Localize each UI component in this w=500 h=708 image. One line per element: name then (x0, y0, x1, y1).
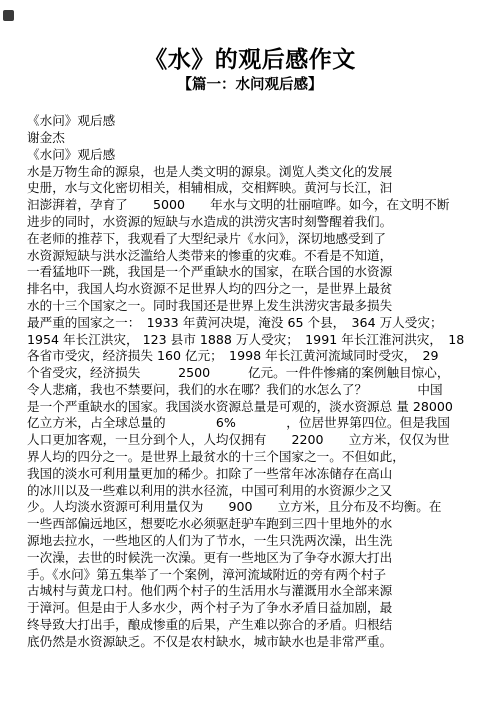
text-line: 源地去拉水，一些地区的人们为了节水，一生只洗两次澡，出生洗 (27, 533, 500, 550)
text-line: 排名中，我国人均水资源不足世界人均的四分之一，是世界上最贫 (27, 281, 500, 298)
text-line: 个省受灾，经济损失 2500 亿元。一件件惨痛的案例触目惊心， (27, 365, 500, 382)
text-line: 《水问》观后感 (27, 147, 500, 164)
text-line: 进步的同时，水资源的短缺与水造成的洪涝灾害时刻警醒着我们。 (27, 214, 500, 231)
text-line: 一些西部偏远地区，想要吃水必须驱赶驴车跑到三四十里地外的水 (27, 516, 500, 533)
text-line: 是一个严重缺水的国家。我国淡水资源总量是可观的，淡水资源总 量 28000 (27, 399, 500, 416)
text-line: 底仍然是水资源缺乏。不仅是农村缺水，城市缺水也是非常严重。 (27, 634, 500, 651)
text-line: 人口更加客观，一旦分到个人，人均仅拥有 2200 立方米，仅仅为世 (27, 432, 500, 449)
document-page: 《水》的观后感作文 【篇一：水问观后感】 《水问》观后感谢金杰《水问》观后感水是… (0, 0, 500, 708)
text-line: 最严重的国家之一： 1933 年黄河决堤，淹没 65 个县， 364 万人受灾； (27, 315, 500, 332)
text-line: 水是万物生命的源泉，也是人类文明的源泉。浏览人类文化的发展 (27, 164, 500, 181)
text-line: 终导致大打出手，酿成惨重的后果，产生难以弥合的矛盾。归根结 (27, 617, 500, 634)
text-line: 古城村与黄龙口村。他们两个村子的生活用水与灌溉用水全部来源 (27, 583, 500, 600)
text-line: 各省市受灾，经济损失 160 亿元； 1998 年长江黄河流域同时受灾， 29 (27, 348, 500, 365)
essay-subtitle: 【篇一：水问观后感】 (0, 77, 500, 94)
text-line: 于漳河。但是由于人多水少，两个村子为了争水矛盾日益加剧，最 (27, 600, 500, 617)
text-line: 水资源短缺与洪水泛滥给人类带来的惨重的灾难。不看是不知道， (27, 248, 500, 265)
text-line: 汩澎湃着，孕育了 5000 年水与文明的壮丽喧哗。如今，在文明不断 (27, 197, 500, 214)
text-line: 少。人均淡水资源可利用量仅为 900 立方米，且分布及不均衡。在 (27, 499, 500, 516)
text-line: 令人悲痛，我也不禁要问，我们的水在哪？我们的水怎么了？ 中国 (27, 382, 500, 399)
text-line: 我国的淡水可利用量更加的稀少。扣除了一些常年冰冻储存在高山 (27, 466, 500, 483)
text-line: 亿立方米，占全球总量的 6% ，位居世界第四位。但是我国 (27, 415, 500, 432)
text-line: 谢金杰 (27, 130, 500, 147)
text-line: 一次澡，去世的时候洗一次澡。更有一些地区为了争夺水源大打出 (27, 550, 500, 567)
essay-title: 《水》的观后感作文 (0, 0, 500, 75)
text-line: 一看猛地吓一跳，我国是一个严重缺水的国家，在联合国的水资源 (27, 264, 500, 281)
essay-body: 《水问》观后感谢金杰《水问》观后感水是万物生命的源泉，也是人类文明的源泉。浏览人… (27, 113, 500, 651)
text-line: 1954 年长江洪灾， 123 县市 1888 万人受灾； 1991 年长江淮河… (27, 332, 500, 349)
text-line: 界人均的四分之一。是世界上最贫水的十三个国家之一。不但如此， (27, 449, 500, 466)
text-line: 《水问》观后感 (27, 113, 500, 130)
text-line: 手。《水问》第五集举了一个案例，漳河流域附近的旁有两个村子 (27, 567, 500, 584)
text-line: 的冰川以及一些难以利用的洪水径流，中国可利用的水资源少之又 (27, 483, 500, 500)
corner-mark (3, 10, 14, 21)
text-line: 水的十三个国家之一。同时我国还是世界上发生洪涝灾害最多损失 (27, 298, 500, 315)
text-line: 在老师的推荐下，我观看了大型纪录片《水问》，深切地感受到了 (27, 231, 500, 248)
text-line: 史册，水与文化密切相关，相辅相成，交相辉映。黄河与长江，汩 (27, 180, 500, 197)
